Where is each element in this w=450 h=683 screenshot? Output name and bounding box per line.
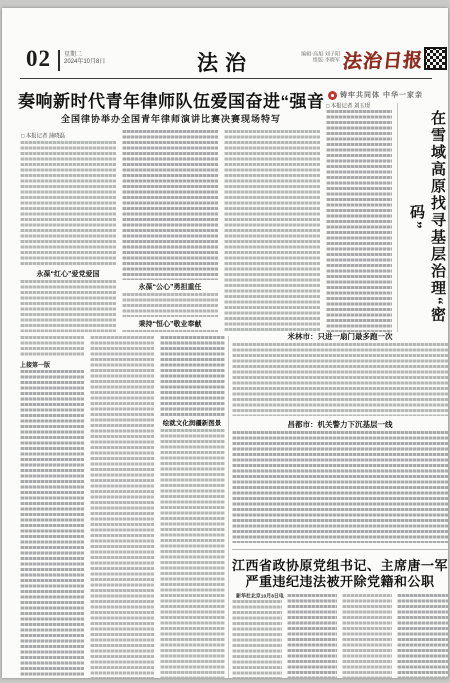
section-title: 法治 <box>175 47 275 77</box>
lead-col1-text-b <box>20 280 116 332</box>
lead-col1-text-a <box>20 141 116 267</box>
date: 2024年10月8日 <box>64 59 105 66</box>
lead-col2-text-a <box>122 130 218 280</box>
tibet-col1-text <box>326 110 392 332</box>
cont-col1-text-b <box>20 370 84 678</box>
tang-col2-text <box>287 594 337 678</box>
continued-marker: 上接第一版 <box>20 360 50 369</box>
tang-col1-text <box>232 600 282 678</box>
credits-line-2: 组版·李晓军 <box>289 58 340 64</box>
cont-col1-text-a <box>20 336 84 358</box>
tang-lead: 新华社北京10月8日电 <box>236 592 284 599</box>
tang-col4-text <box>397 594 448 678</box>
cont-col3-text-b <box>160 429 225 678</box>
unity-badge: 铸牢共同体 中华一家亲 <box>328 90 423 100</box>
lead-subhead-3: 秉持“恒心”敬业奉献 <box>122 319 218 329</box>
tibet-byline: □ 本报记者 刘玉璟 <box>326 101 370 109</box>
cont-col2-text <box>90 336 154 678</box>
tang-col3-text <box>342 594 392 678</box>
tang-headline-line2: 严重违纪违法被开除党籍和公职 <box>232 571 448 590</box>
tibet-wide-text-a <box>232 343 448 416</box>
tibet-vertical-headline: 在雪域高原找寻基层治理“密码” <box>401 100 448 334</box>
badge-emblem-icon <box>328 91 337 100</box>
header-rule <box>20 78 432 79</box>
lead-headline: 奏响新时代青年律师队伍爱国奋进“强音” <box>18 87 324 112</box>
page-number: 02 <box>26 46 51 72</box>
cont-col3-text-a <box>160 336 225 416</box>
lead-col3-text <box>224 130 320 332</box>
lead-byline: □ 本报记者 蒲晓磊 <box>21 131 65 139</box>
continuation-subhead: 绘就文化润疆新图景 <box>158 418 226 427</box>
header-divider <box>58 50 60 71</box>
weekday: 星期二 <box>64 52 105 59</box>
qr-code <box>424 47 447 70</box>
lead-col2-text-c <box>122 330 218 332</box>
tibet-subhead-1: 米林市：只进一扇门最多跑一次 <box>232 331 448 342</box>
lead-subhead-2: 永葆“公心”勇担重任 <box>122 282 218 292</box>
lead-col2-text-b <box>122 293 218 317</box>
badge-text: 铸牢共同体 中华一家亲 <box>340 90 423 100</box>
tibet-subhead-2: 昌都市：机关警力下沉基层一线 <box>232 419 448 430</box>
tibet-wide-text-b <box>232 431 448 543</box>
lead-subhead-1: 永葆“红心”爱党爱国 <box>20 269 116 279</box>
newspaper-page: 02 星期二 2024年10月8日 法治 编辑·高旭 刘子阳 组版·李晓军 法治… <box>0 0 450 683</box>
tang-top-rule <box>232 549 448 550</box>
masthead-logo: 法治日报 <box>341 45 424 73</box>
tibet-vertical-rule <box>397 103 398 332</box>
lead-subtitle: 全国律协举办全国青年律师演讲比赛决赛现场特写 <box>18 112 324 125</box>
center-gutter-rule <box>228 336 229 678</box>
